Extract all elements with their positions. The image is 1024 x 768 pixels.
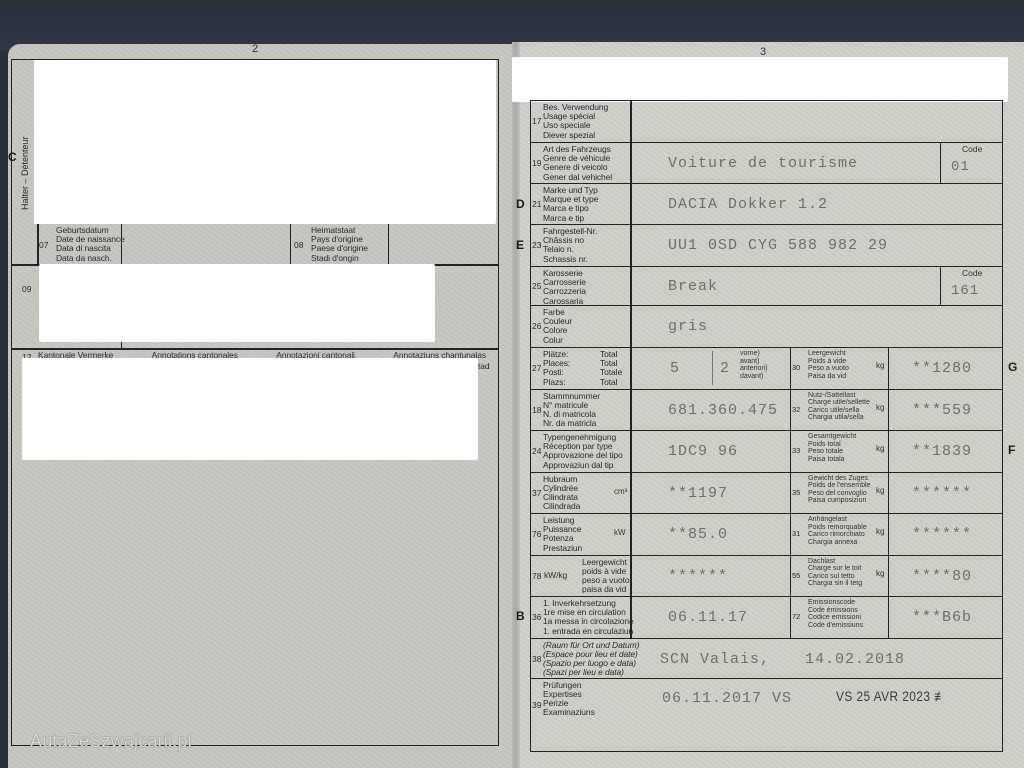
section-letter-e: E [516,238,524,252]
redacted-annotations [22,358,478,460]
field-72-number: 72 [792,612,800,621]
field-33-value: **1839 [912,443,972,460]
field-21-value: DACIA Dokker 1.2 [668,196,828,213]
field-76-value: **85.0 [668,526,728,543]
field-35-value: ****** [912,485,972,502]
field-39-number: 39 [532,700,541,710]
section-letter-b: B [516,609,525,623]
section-letter-g: G [1008,360,1017,374]
page-spine [512,42,520,768]
seats-total-value: 5 [670,360,680,377]
watermark: AutaZeSzwajcarii.pl [30,731,192,752]
redacted-holder-block [34,60,496,224]
field-19-label: Art des FahrzeugsGenre de véhiculeGenere… [543,145,612,182]
field-37-label: HubraumCylindréeCilindrataCilindrada [543,475,580,512]
field-24-value: 1DC9 96 [668,443,738,460]
field-31-label: AnhängelastPoids remorquableCarico rimor… [808,516,867,546]
field-37-value: **1197 [668,485,728,502]
field-33-number: 33 [792,446,800,455]
seats-front-value: 2 [720,360,730,377]
inspection-stamp: VS 25 AVR 2023 ≢ [836,688,946,704]
field-23-label: Fahrgestell-Nr.Châssis noTelaio n.Schass… [543,227,597,264]
field-35-number: 35 [792,488,800,497]
field-09-number: 09 [22,284,31,294]
field-25-value: Break [668,278,718,295]
section-letter-c: C [8,150,17,164]
code-label: Code [962,268,982,278]
section-letter-f: F [1008,443,1015,457]
field-39-value: 06.11.2017 VS [662,690,792,707]
field-19-value: Voiture de tourisme [668,155,858,172]
field-17-number: 17 [532,116,541,126]
redacted-field-09 [39,264,435,342]
seats-front-label: vorne)avant)anteriori)davant) [740,350,768,380]
field-78-value: ****** [668,568,728,585]
redacted-header [512,57,1008,102]
field-72-label: EmissionscodeCode émissionsCodice emissi… [808,599,863,629]
field-19-code: 01 [951,159,970,175]
field-27-total-label: TotalTotalTotaleTotal [600,350,622,387]
field-35-label: Gewicht des ZugesPoids de l'ensemblePeso… [808,475,870,505]
field-78-number: 78 [532,571,541,581]
field-30-label: LeergewichtPoids à videPeso a vuotoPaisa… [808,350,849,380]
field-32-value: ***559 [912,402,972,419]
field-37-number: 37 [532,488,541,498]
field-76-number: 76 [532,529,541,539]
field-25-code: 161 [951,283,979,299]
field-76-label: LeistungPuissancePotenzaPrestaziun [543,516,582,553]
field-55-value: ****80 [912,568,972,585]
field-21-label: Marke und TypMarque et typeMarca e tipoM… [543,186,598,223]
field-55-label: DachlastCharge sur le toitCarico sul tet… [808,558,862,588]
field-18-value: 681.360.475 [668,402,778,419]
field-38-label: (Raum für Ort und Datum)(Espace pour lie… [543,641,639,678]
field-33-label: GesamtgewichtPoids totalPeso totalePaisa… [808,433,856,463]
field-55-number: 55 [792,571,800,580]
field-39-label: PrüfungenExpertisesPerizieExaminaziuns [543,681,595,718]
field-31-number: 31 [792,529,800,538]
field-08-label: Heimatstaat Pays d'origine Paese d'origi… [311,226,368,263]
field-38-date: 14.02.2018 [805,651,905,668]
field-32-number: 32 [792,405,800,414]
field-78-label: Leergewichtpoids à videpeso a vuotopaisa… [582,558,629,595]
field-18-label: StammnummerN° matriculeN. di matricolaNr… [543,392,600,429]
field-26-number: 26 [532,321,541,331]
field-72-value: ***B6b [912,609,972,626]
field-38-number: 38 [532,654,541,664]
field-32-label: Nutz-/SattellastCharge utile/selletteCar… [808,392,870,422]
code-label: Code [962,144,982,154]
field-17-label: Bes. VerwendungUsage spécialUso speciale… [543,103,608,140]
field-27-label: Plätze:Places:Posti:Plazs: [543,350,570,387]
field-21-number: 21 [532,199,541,209]
field-26-label: FarbeCouleurColoreColur [543,308,572,345]
field-30-number: 30 [792,363,800,372]
field-23-number: 23 [532,240,541,250]
field-25-number: 25 [532,281,541,291]
field-19-number: 19 [532,158,541,168]
field-26-value: gris [668,318,708,335]
left-page-number: 2 [252,43,258,55]
field-36-label: 1. Inverkehrsetzung1re mise en circulati… [543,599,634,636]
field-25-label: KarosserieCarrosserieCarrozzeriaCarossar… [543,269,586,306]
section-letter-d: D [516,197,525,211]
field-23-value: UU1 0SD CYG 588 982 29 [668,237,888,254]
field-38-place: SCN Valais, [660,651,770,668]
field-07-label: Geburtsdatum Date de naissance Data di n… [56,226,125,263]
holder-label: Halter – Détenteur [20,136,30,210]
field-18-number: 18 [532,405,541,415]
field-07-number: 07 [39,240,48,250]
field-36-value: 06.11.17 [668,609,748,626]
field-30-value: **1280 [912,360,972,377]
field-08-number: 08 [294,240,303,250]
field-24-label: TypengenehmigungRéception par typeApprov… [543,433,623,470]
field-27-number: 27 [532,363,541,373]
field-24-number: 24 [532,446,541,456]
field-31-value: ****** [912,526,972,543]
field-36-number: 36 [532,612,541,622]
